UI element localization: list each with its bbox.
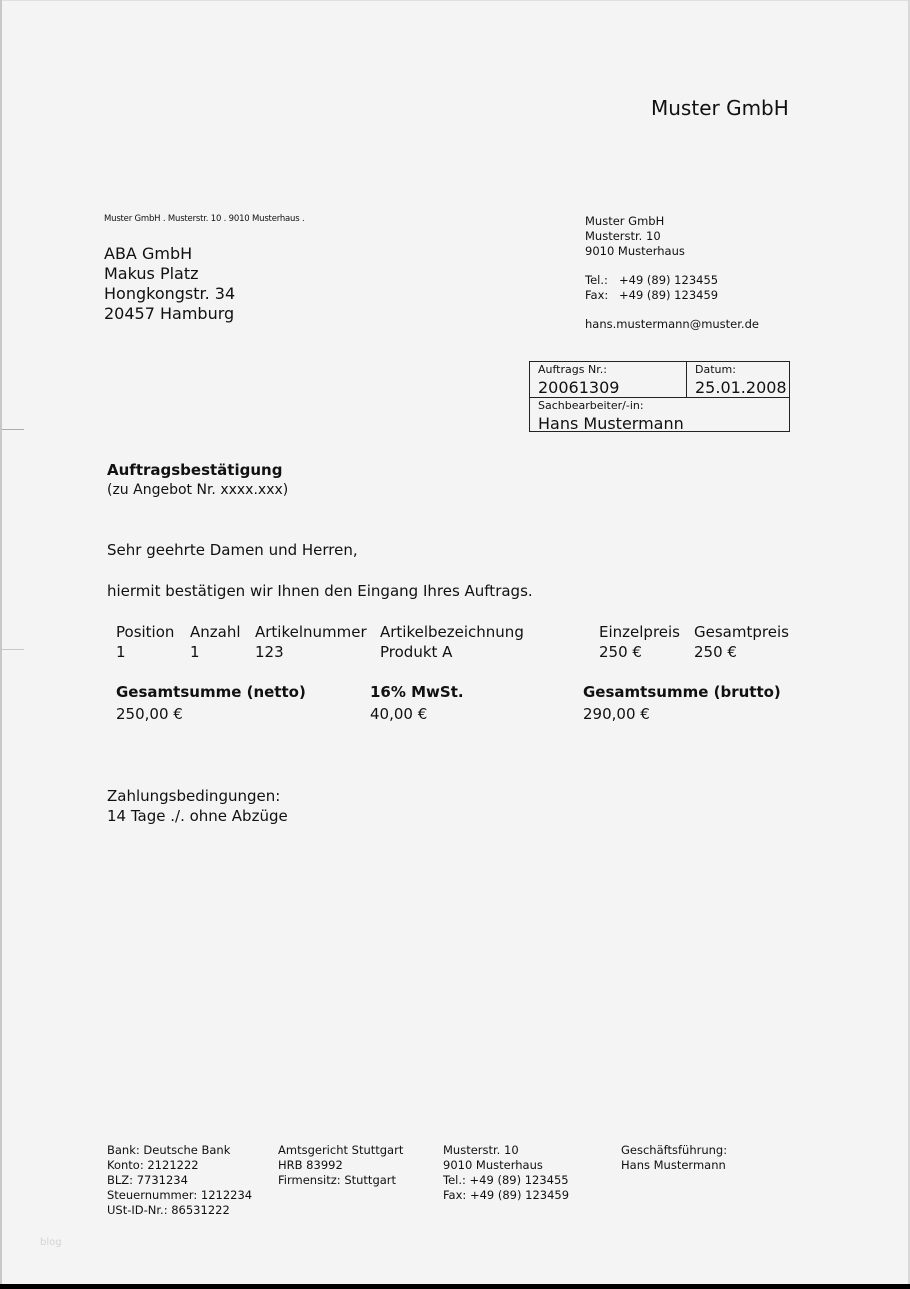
col-header-article-number: Artikelnummer — [255, 623, 367, 641]
order-meta-box: Auftrags Nr.: 20061309 Datum: 25.01.2008… — [529, 361, 790, 432]
salutation: Sehr geehrte Damen und Herren, — [107, 541, 358, 559]
net-total-label: Gesamtsumme (netto) — [116, 683, 306, 701]
document-title: Auftragsbestätigung — [107, 461, 282, 479]
footer-line: Fax: +49 (89) 123459 — [443, 1188, 569, 1203]
fax-label: Fax: — [585, 288, 619, 303]
footer-line: USt-ID-Nr.: 86531222 — [107, 1203, 252, 1218]
footer-management: Geschäftsführung: Hans Mustermann — [621, 1143, 727, 1173]
footer-line: 9010 Musterhaus — [443, 1158, 569, 1173]
return-address: Muster GmbH . Musterstr. 10 . 9010 Muste… — [104, 214, 304, 224]
footer-address: Musterstr. 10 9010 Musterhaus Tel.: +49 … — [443, 1143, 569, 1203]
footer-line: Hans Mustermann — [621, 1158, 727, 1173]
order-no-label: Auftrags Nr.: — [538, 363, 607, 376]
fold-mark — [2, 429, 24, 430]
cell-article-number: 123 — [255, 643, 284, 661]
payment-terms-value: 14 Tage ./. ohne Abzüge — [107, 807, 288, 825]
cell-article-name: Produkt A — [380, 643, 452, 661]
page-edge-left — [0, 0, 2, 1285]
letterhead-company: Muster GmbH — [651, 96, 789, 120]
date-value: 25.01.2008 — [695, 378, 787, 397]
sender-block: Muster GmbH Musterstr. 10 9010 Musterhau… — [585, 214, 759, 332]
punch-mark — [2, 649, 24, 650]
sender-city: 9010 Musterhaus — [585, 244, 759, 259]
vat-label: 16% MwSt. — [370, 683, 464, 701]
footer-court: Amtsgericht Stuttgart HRB 83992 Firmensi… — [278, 1143, 403, 1188]
page-edge-top — [0, 0, 910, 1]
date-label: Datum: — [695, 363, 736, 376]
footer-bank: Bank: Deutsche Bank Konto: 2121222 BLZ: … — [107, 1143, 252, 1218]
cell-position: 1 — [116, 643, 126, 661]
gross-total-value: 290,00 € — [583, 705, 650, 723]
vat-value: 40,00 € — [370, 705, 427, 723]
cell-unit-price: 250 € — [599, 643, 642, 661]
tel-label: Tel.: — [585, 273, 619, 288]
payment-terms-label: Zahlungsbedingungen: — [107, 787, 280, 805]
recipient-line: ABA GmbH — [104, 244, 235, 264]
footer-line: Firmensitz: Stuttgart — [278, 1173, 403, 1188]
sender-tel: Tel.:+49 (89) 123455 — [585, 273, 759, 288]
footer-line: Konto: 2121222 — [107, 1158, 252, 1173]
recipient-line: 20457 Hamburg — [104, 304, 235, 324]
col-header-position: Position — [116, 623, 174, 641]
footer-line: Bank: Deutsche Bank — [107, 1143, 252, 1158]
sender-name: Muster GmbH — [585, 214, 759, 229]
meta-divider — [686, 362, 687, 397]
footer-line: BLZ: 7731234 — [107, 1173, 252, 1188]
net-total-value: 250,00 € — [116, 705, 183, 723]
sender-fax: Fax:+49 (89) 123459 — [585, 288, 759, 303]
col-header-quantity: Anzahl — [190, 623, 241, 641]
recipient-line: Makus Platz — [104, 264, 235, 284]
fax-value: +49 (89) 123459 — [619, 288, 718, 302]
clerk-label: Sachbearbeiter/-in: — [538, 399, 644, 412]
tel-value: +49 (89) 123455 — [619, 273, 718, 287]
cell-quantity: 1 — [190, 643, 200, 661]
footer-line: Steuernummer: 1212234 — [107, 1188, 252, 1203]
page-bottom-edge — [0, 1284, 910, 1289]
clerk-value: Hans Mustermann — [538, 414, 684, 433]
sender-email: hans.mustermann@muster.de — [585, 317, 759, 332]
col-header-article-name: Artikelbezeichnung — [380, 623, 524, 641]
recipient-address: ABA GmbH Makus Platz Hongkongstr. 34 204… — [104, 244, 235, 324]
sender-street: Musterstr. 10 — [585, 229, 759, 244]
footer-line: Musterstr. 10 — [443, 1143, 569, 1158]
col-header-total-price: Gesamtpreis — [694, 623, 789, 641]
order-no-value: 20061309 — [538, 378, 619, 397]
col-header-unit-price: Einzelpreis — [599, 623, 680, 641]
gross-total-label: Gesamtsumme (brutto) — [583, 683, 781, 701]
cell-total-price: 250 € — [694, 643, 737, 661]
watermark: blog — [40, 1237, 62, 1248]
document-subtitle: (zu Angebot Nr. xxxx.xxx) — [107, 482, 288, 498]
intro-text: hiermit bestätigen wir Ihnen den Eingang… — [107, 582, 533, 600]
footer-line: Amtsgericht Stuttgart — [278, 1143, 403, 1158]
footer-line: Geschäftsführung: — [621, 1143, 727, 1158]
recipient-line: Hongkongstr. 34 — [104, 284, 235, 304]
footer-line: HRB 83992 — [278, 1158, 403, 1173]
footer-line: Tel.: +49 (89) 123455 — [443, 1173, 569, 1188]
